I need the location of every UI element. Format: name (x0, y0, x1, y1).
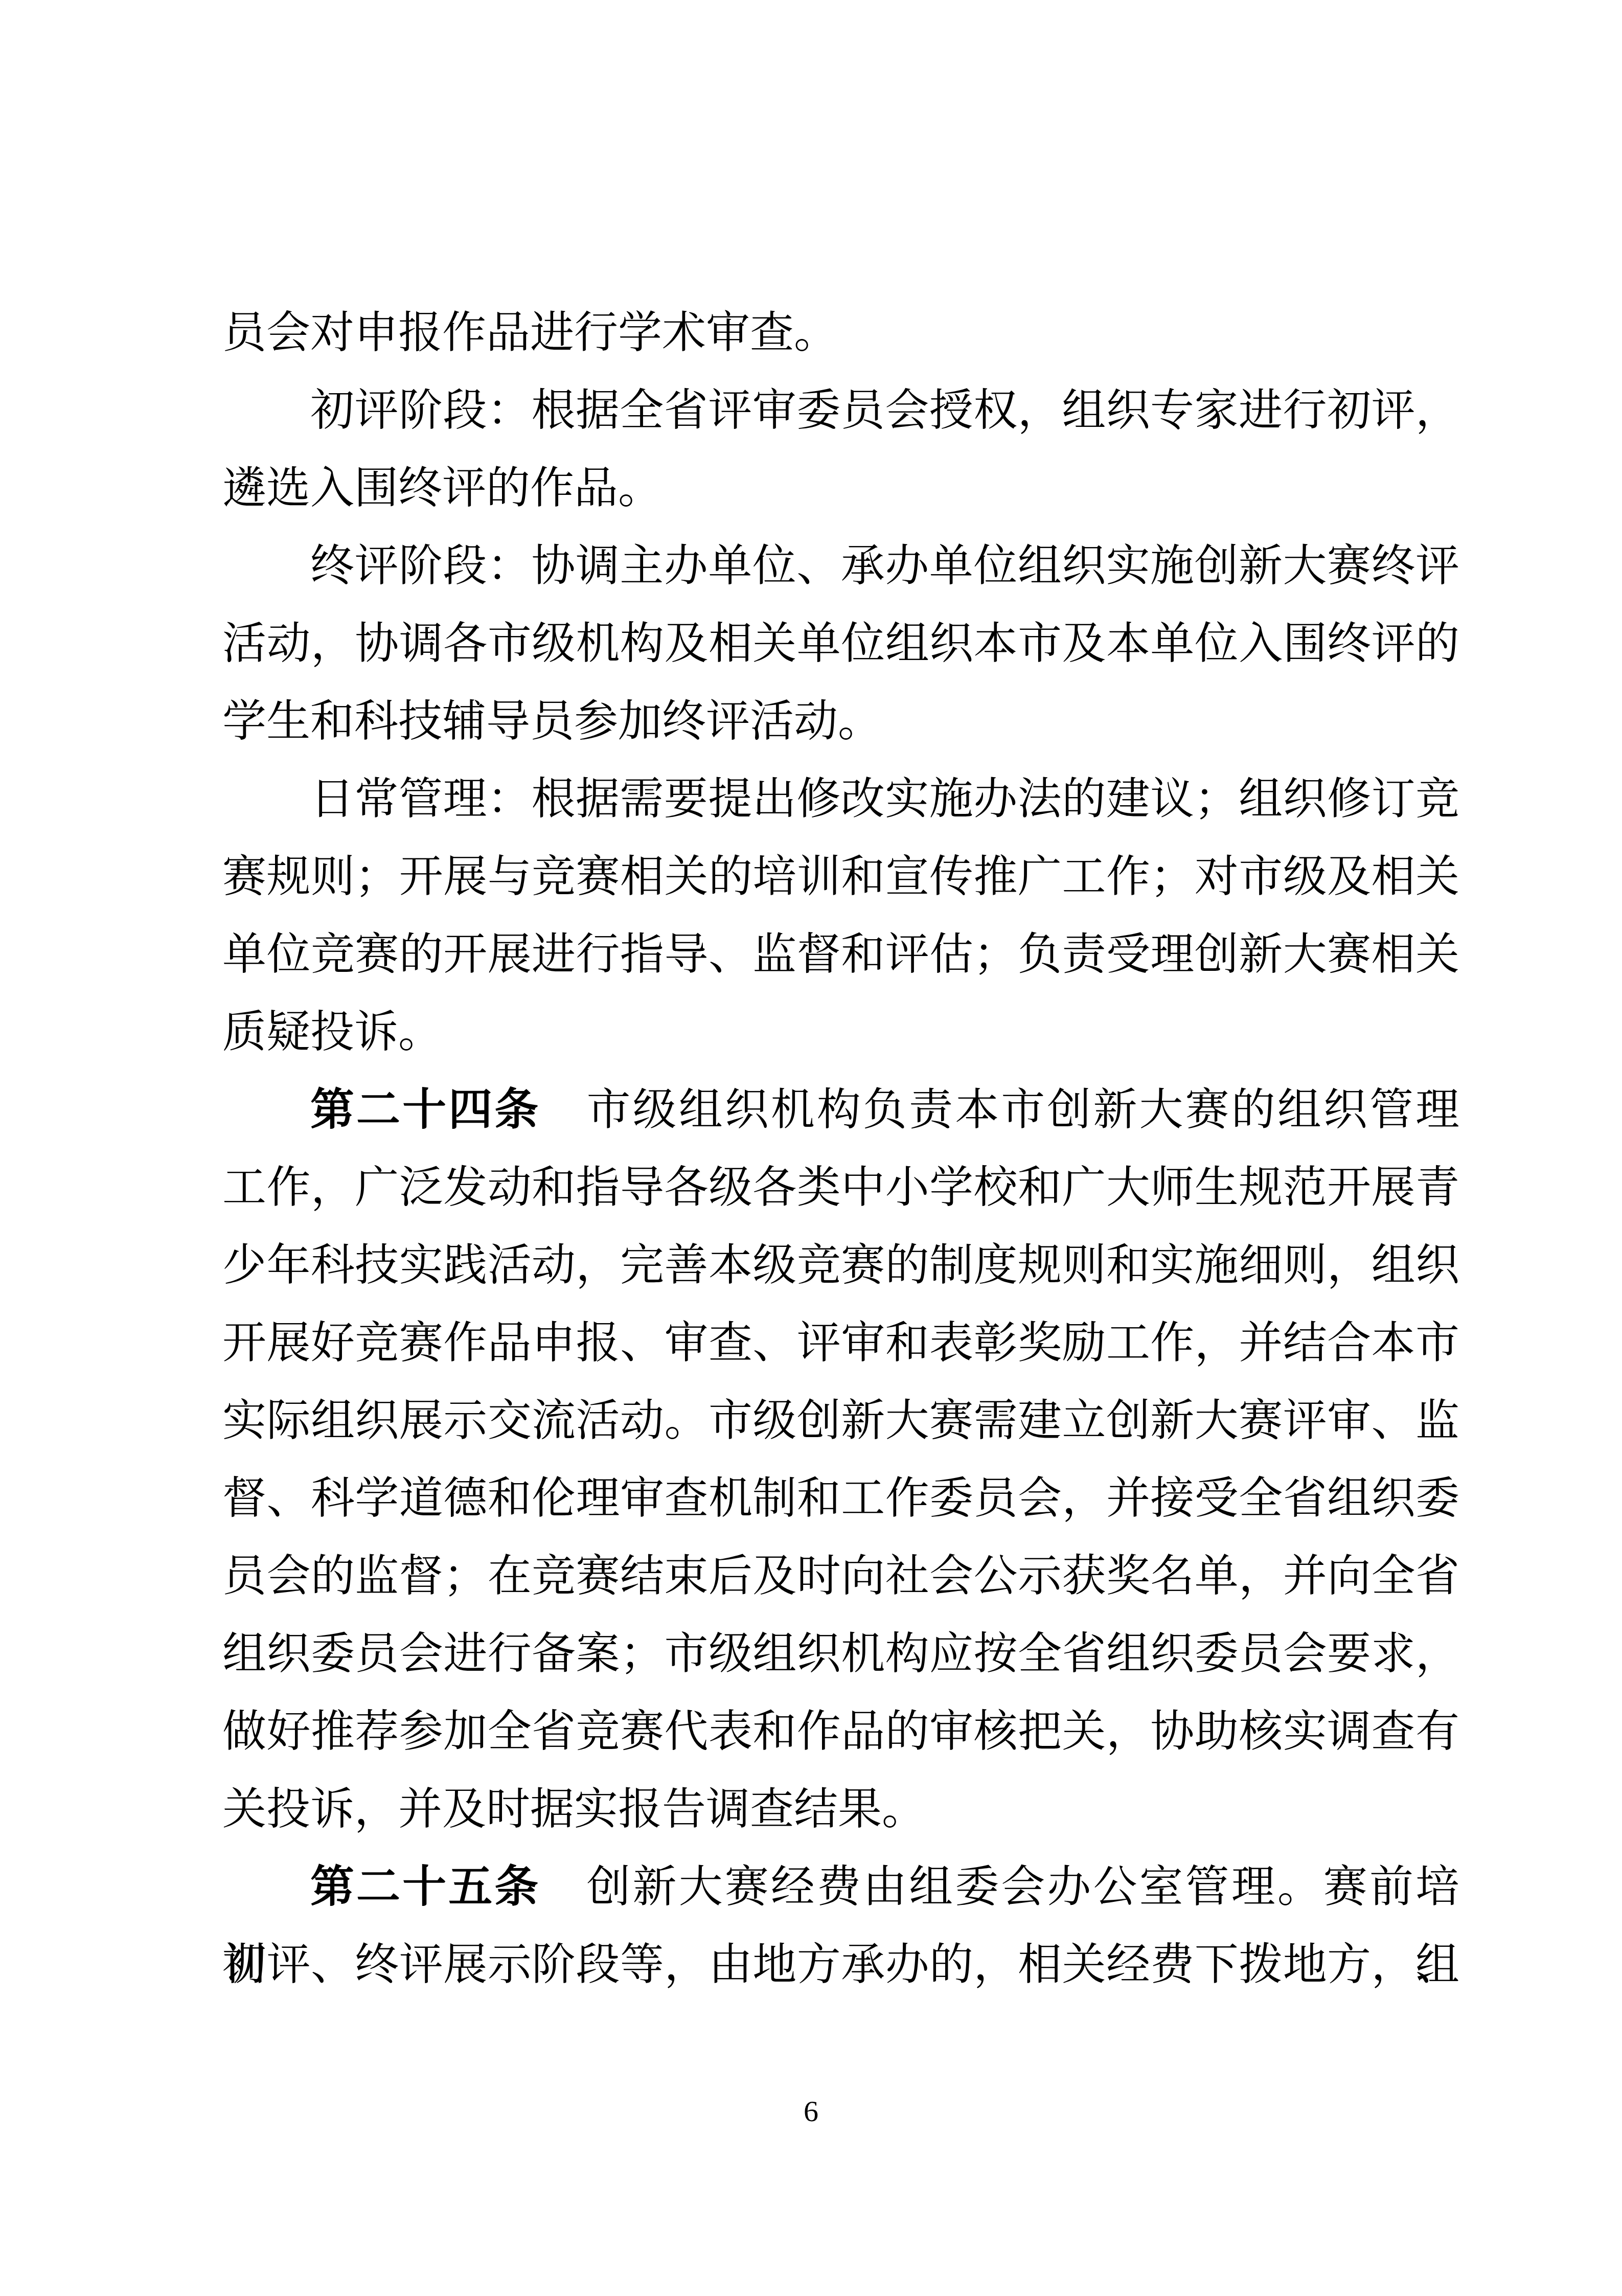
text-segment: 关投诉，并及时据实报告调查结果。 (222, 1785, 926, 1834)
text-line: 员会对申报作品进行学术审查。 (222, 294, 1459, 372)
text-line: 质疑投诉。 (222, 993, 1459, 1071)
article-heading-segment: 第二十四条 (310, 1085, 540, 1134)
text-segment: 实际组织展示交流活动。市级创新大赛需建立创新大赛评审、监 (222, 1396, 1459, 1445)
text-line: 开展好竞赛作品申报、审查、评审和表彰奖励工作，并结合本市 (222, 1304, 1459, 1382)
text-line: 实际组织展示交流活动。市级创新大赛需建立创新大赛评审、监 (222, 1382, 1459, 1460)
text-line: 第二十四条 市级组织机构负责本市创新大赛的组织管理 (222, 1071, 1459, 1149)
text-segment: 开展好竞赛作品申报、审查、评审和表彰奖励工作，并结合本市 (222, 1319, 1459, 1368)
text-segment: 遴选入围终评的作品。 (222, 464, 662, 513)
text-segment: 日常管理：根据需要提出修改实施办法的建议；组织修订竞 (310, 775, 1459, 824)
page-number: 6 (0, 2091, 1622, 2132)
text-line: 第二十五条 创新大赛经费由组委会办公室管理。赛前培训、 (222, 1848, 1459, 1926)
text-segment: 员会的监督；在竞赛结束后及时向社会公示获奖名单，并向全省 (222, 1552, 1459, 1601)
text-line: 做好推荐参加全省竞赛代表和作品的审核把关，协助核实调查有 (222, 1693, 1459, 1770)
text-segment: 督、科学道德和伦理审查机制和工作委员会，并接受全省组织委 (222, 1474, 1459, 1523)
text-line: 遴选入围终评的作品。 (222, 449, 1459, 527)
document-text-block: 员会对申报作品进行学术审查。初评阶段：根据全省评审委员会授权，组织专家进行初评，… (222, 294, 1459, 2004)
article-heading-segment: 第二十五条 (310, 1862, 540, 1912)
text-segment: 终评阶段：协调主办单位、承办单位组织实施创新大赛终评 (310, 541, 1459, 590)
text-line: 赛规则；开展与竞赛相关的培训和宣传推广工作；对市级及相关 (222, 838, 1459, 916)
text-segment: 市级组织机构负责本市创新大赛的组织管理 (540, 1085, 1459, 1134)
text-line: 初评、终评展示阶段等，由地方承办的，相关经费下拨地方，组 (222, 1926, 1459, 2004)
text-segment: 初评阶段：根据全省评审委员会授权，组织专家进行初评， (310, 386, 1459, 435)
text-segment: 少年科技实践活动，完善本级竞赛的制度规则和实施细则，组织 (222, 1241, 1459, 1290)
text-line: 终评阶段：协调主办单位、承办单位组织实施创新大赛终评 (222, 527, 1459, 605)
text-line: 日常管理：根据需要提出修改实施办法的建议；组织修订竞 (222, 760, 1459, 838)
text-segment: 员会对申报作品进行学术审查。 (222, 308, 838, 357)
text-line: 初评阶段：根据全省评审委员会授权，组织专家进行初评， (222, 372, 1459, 449)
text-segment: 做好推荐参加全省竞赛代表和作品的审核把关，协助核实调查有 (222, 1707, 1459, 1756)
text-segment: 学生和科技辅导员参加终评活动。 (222, 697, 882, 746)
text-segment: 工作，广泛发动和指导各级各类中小学校和广大师生规范开展青 (222, 1163, 1459, 1212)
text-segment: 活动，协调各市级机构及相关单位组织本市及本单位入围终评的 (222, 619, 1459, 668)
text-line: 少年科技实践活动，完善本级竞赛的制度规则和实施细则，组织 (222, 1226, 1459, 1304)
text-segment: 单位竞赛的开展进行指导、监督和评估；负责受理创新大赛相关 (222, 930, 1459, 979)
text-segment: 质疑投诉。 (222, 1008, 442, 1057)
document-page: 员会对申报作品进行学术审查。初评阶段：根据全省评审委员会授权，组织专家进行初评，… (0, 0, 1622, 2296)
text-line: 活动，协调各市级机构及相关单位组织本市及本单位入围终评的 (222, 605, 1459, 683)
text-segment: 组织委员会进行备案；市级组织机构应按全省组织委员会要求， (222, 1629, 1459, 1678)
text-line: 组织委员会进行备案；市级组织机构应按全省组织委员会要求， (222, 1615, 1459, 1693)
text-line: 督、科学道德和伦理审查机制和工作委员会，并接受全省组织委 (222, 1460, 1459, 1537)
text-line: 学生和科技辅导员参加终评活动。 (222, 683, 1459, 760)
text-segment: 初评、终评展示阶段等，由地方承办的，相关经费下拨地方，组 (222, 1940, 1459, 1989)
text-segment: 赛规则；开展与竞赛相关的培训和宣传推广工作；对市级及相关 (222, 852, 1459, 901)
text-line: 工作，广泛发动和指导各级各类中小学校和广大师生规范开展青 (222, 1149, 1459, 1226)
text-line: 员会的监督；在竞赛结束后及时向社会公示获奖名单，并向全省 (222, 1537, 1459, 1615)
text-line: 关投诉，并及时据实报告调查结果。 (222, 1770, 1459, 1848)
text-line: 单位竞赛的开展进行指导、监督和评估；负责受理创新大赛相关 (222, 916, 1459, 993)
